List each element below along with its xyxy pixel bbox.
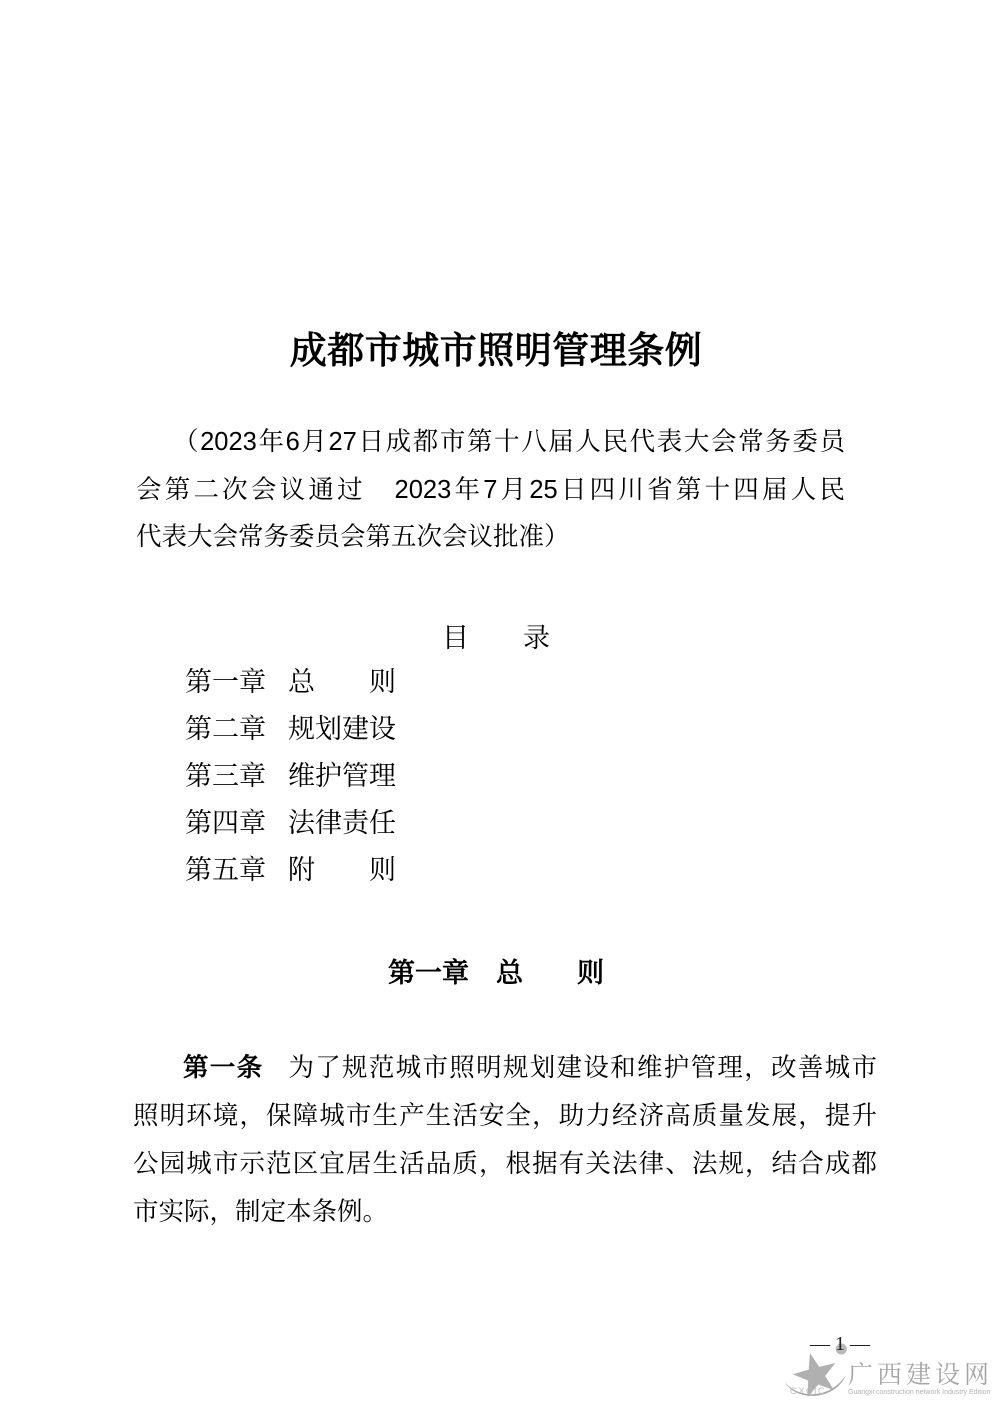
toc-chapter-label: 第五章 [185,847,266,894]
toc-item: 第二章 规划建设 [185,706,396,753]
toc-chapter-label: 第一章 [185,659,266,706]
article-line: 公园城市示范区宜居生活品质，根据有关法律、法规，结合成都 [133,1140,877,1188]
toc-heading: 目 录 [0,616,992,655]
toc-list: 第一章 总 则 第二章 规划建设 第三章 维护管理 第四章 法律责任 第五章 附… [185,659,396,894]
preamble-line: （2023年6月27日成都市第十八届人民代表大会常务委员 [136,419,845,467]
article-number-label: 第一条 [183,1054,263,1082]
toc-chapter-title: 规划建设 [288,706,396,753]
chapter-heading: 第一章 总 则 [0,951,992,990]
toc-chapter-label: 第二章 [185,706,266,753]
article-paragraph: 第一条为了规范城市照明规划建设和维护管理，改善城市 照明环境，保障城市生产生活安… [133,1044,877,1236]
toc-item: 第三章 维护管理 [185,753,396,800]
preamble-line: 代表大会常务委员会第五次会议批准） [136,514,845,562]
document-title: 成都市城市照明管理条例 [0,320,992,374]
watermark-logo-text: GXCIC [790,1386,826,1396]
toc-chapter-title: 附 则 [288,847,396,894]
article-line: 照明环境，保障城市生产生活安全，助力经济高质量发展，提升 [133,1092,877,1140]
toc-item: 第一章 总 则 [185,659,396,706]
preamble-line: 会第二次会议通过 2023年7月25日四川省第十四届人民 [136,467,845,515]
toc-item: 第四章 法律责任 [185,800,396,847]
article-line: 第一条为了规范城市照明规划建设和维护管理，改善城市 [133,1044,877,1092]
toc-chapter-title: 维护管理 [288,753,396,800]
watermark-site-name: 广西建设网 [848,1355,992,1391]
article-line: 市实际，制定本条例。 [133,1188,877,1236]
toc-chapter-label: 第四章 [185,800,266,847]
watermark-caption: Guangxi construction network Industry Ed… [848,1389,990,1396]
preamble: （2023年6月27日成都市第十八届人民代表大会常务委员 会第二次会议通过 20… [136,419,845,562]
toc-chapter-label: 第三章 [185,753,266,800]
toc-item: 第五章 附 则 [185,847,396,894]
article-text: 为了规范城市照明规划建设和维护管理，改善城市 [288,1053,877,1082]
document-page: 成都市城市照明管理条例 （2023年6月27日成都市第十八届人民代表大会常务委员… [0,0,992,1403]
page-number: — 1 — [800,1333,880,1356]
toc-chapter-title: 法律责任 [288,800,396,847]
toc-chapter-title: 总 则 [288,659,396,706]
